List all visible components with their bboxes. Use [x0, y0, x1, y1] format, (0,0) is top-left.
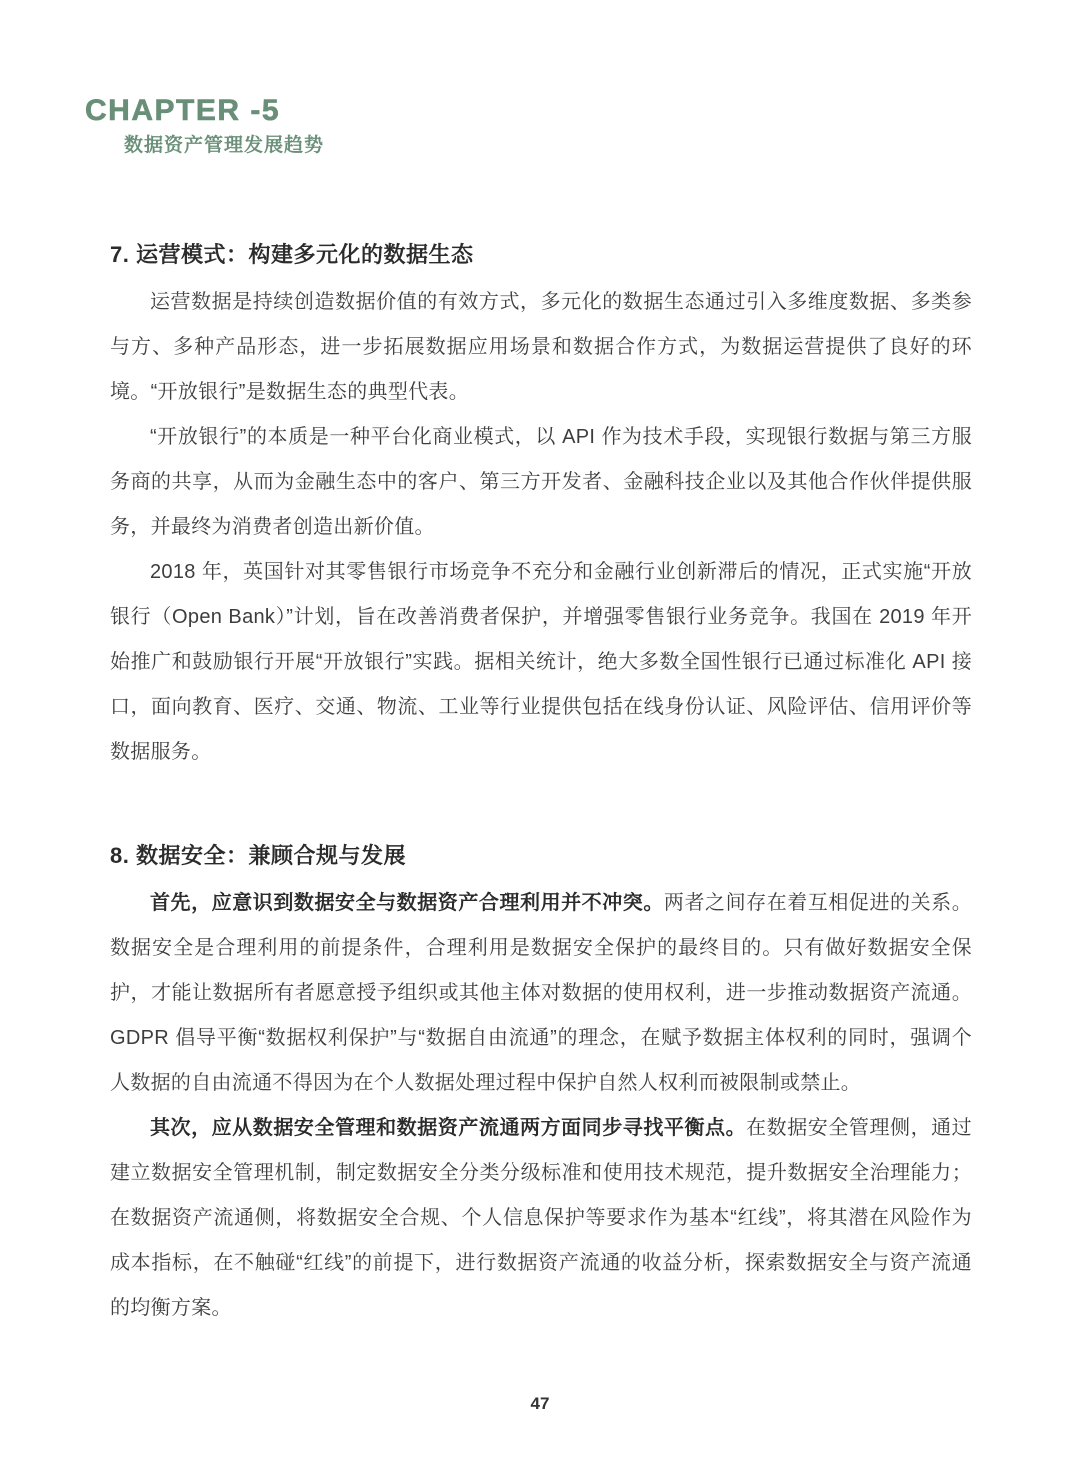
page-number: 47 [531, 1394, 550, 1413]
chapter-header: CHAPTER -5 数据资产管理发展趋势 [0, 0, 1080, 158]
document-page: CHAPTER -5 数据资产管理发展趋势 7. 运营模式：构建多元化的数据生态… [0, 0, 1080, 1466]
paragraph: 2018 年，英国针对其零售银行市场竞争不充分和金融行业创新滞后的情况，正式实施… [110, 550, 972, 775]
paragraph: 其次，应从数据安全管理和数据资产流通两方面同步寻找平衡点。在数据安全管理侧，通过… [110, 1106, 972, 1331]
page-footer: 47 [0, 1394, 1080, 1414]
page-content: 7. 运营模式：构建多元化的数据生态 运营数据是持续创造数据价值的有效方式，多元… [110, 240, 972, 1331]
section-data-security: 8. 数据安全：兼顾合规与发展 首先，应意识到数据安全与数据资产合理利用并不冲突… [110, 841, 972, 1331]
paragraph-lead-bold: 其次，应从数据安全管理和数据资产流通两方面同步寻找平衡点。 [150, 1117, 746, 1139]
paragraph-lead-bold: 首先，应意识到数据安全与数据资产合理利用并不冲突。 [150, 892, 664, 914]
section-8-title: 8. 数据安全：兼顾合规与发展 [110, 841, 972, 871]
chapter-subtitle: 数据资产管理发展趋势 [124, 134, 1080, 158]
paragraph-text: 在数据安全管理侧，通过建立数据安全管理机制，制定数据安全分类分级标准和使用技术规… [110, 1117, 972, 1319]
paragraph: “开放银行”的本质是一种平台化商业模式，以 API 作为技术手段，实现银行数据与… [110, 415, 972, 550]
paragraph: 运营数据是持续创造数据价值的有效方式，多元化的数据生态通过引入多维度数据、多类参… [110, 280, 972, 415]
paragraph: 首先，应意识到数据安全与数据资产合理利用并不冲突。两者之间存在着互相促进的关系。… [110, 881, 972, 1106]
paragraph-text: 两者之间存在着互相促进的关系。数据安全是合理利用的前提条件，合理利用是数据安全保… [110, 892, 972, 1094]
section-7-title: 7. 运营模式：构建多元化的数据生态 [110, 240, 972, 270]
section-operating-model: 7. 运营模式：构建多元化的数据生态 运营数据是持续创造数据价值的有效方式，多元… [110, 240, 972, 775]
chapter-label: CHAPTER -5 [85, 94, 1080, 128]
